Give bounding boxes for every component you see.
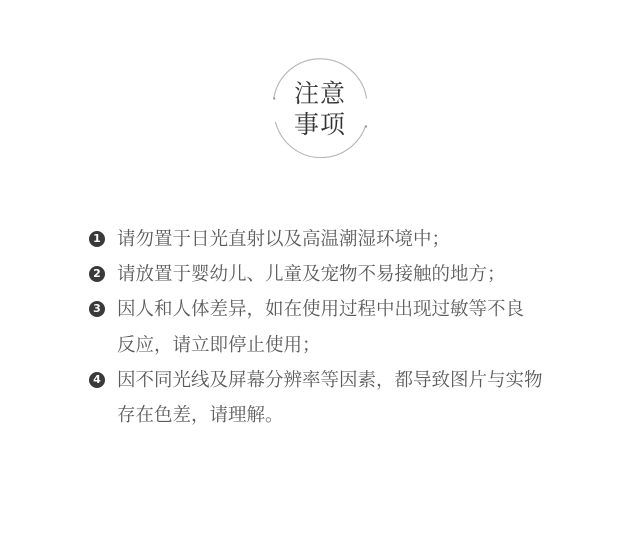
title-badge: 注意 事项 [270,58,370,158]
note-item-2: 2 请放置于婴幼儿、儿童及宠物不易接触的地方； [88,257,568,292]
note-text-continued: 反应，请立即停止使用； [117,328,568,363]
note-item-1: 1 请勿置于日光直射以及高温潮湿环境中； [88,222,568,257]
page-title: 注意 事项 [270,78,370,140]
note-item-3: 3 因人和人体差异，如在使用过程中出现过敏等不良 反应，请立即停止使用； [88,292,568,362]
notes-list: 1 请勿置于日光直射以及高温潮湿环境中； 2 请放置于婴幼儿、儿童及宠物不易接触… [88,222,568,433]
note-text-continued: 存在色差，请理解。 [117,398,568,433]
note-text: 因人和人体差异，如在使用过程中出现过敏等不良 [117,292,568,327]
note-item-4: 4 因不同光线及屏幕分辨率等因素，都导致图片与实物 存在色差，请理解。 [88,363,568,433]
number-badge-icon: 1 [89,231,105,247]
title-line-1: 注意 [270,78,370,109]
number-badge-icon: 3 [89,301,105,317]
note-text: 因不同光线及屏幕分辨率等因素，都导致图片与实物 [117,363,568,398]
title-line-2: 事项 [270,109,370,140]
number-badge-icon: 2 [89,266,105,282]
number-badge-icon: 4 [89,372,105,388]
note-text: 请放置于婴幼儿、儿童及宠物不易接触的地方； [117,257,568,292]
note-text: 请勿置于日光直射以及高温潮湿环境中； [117,222,568,257]
